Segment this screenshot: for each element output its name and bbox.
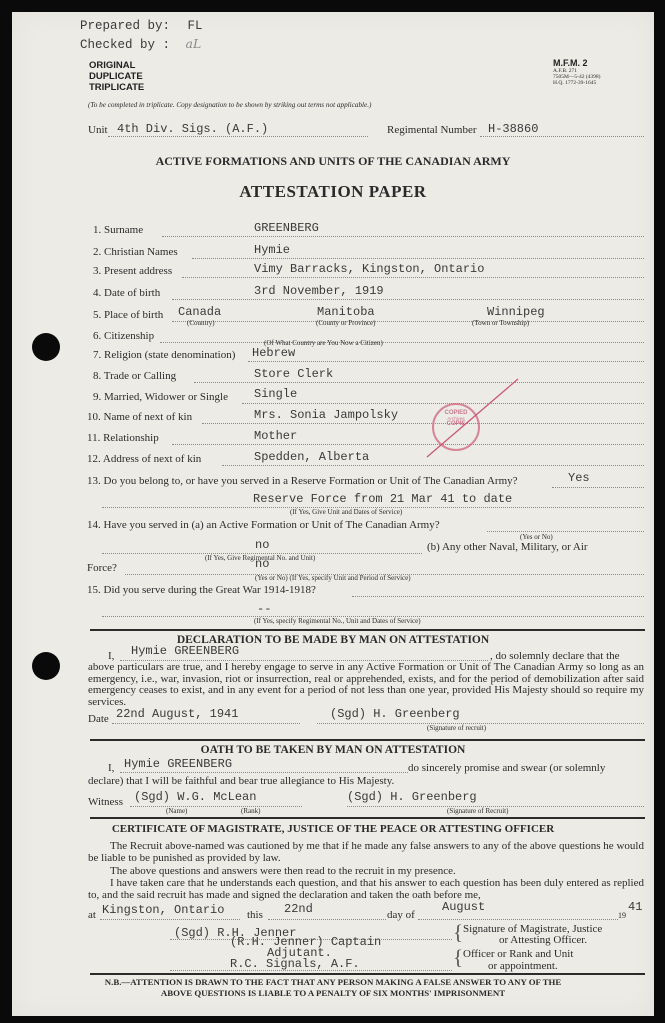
checked-by-value: aL (186, 36, 202, 51)
certificate-paragraph-3: I have taken care that he understands ea… (88, 878, 644, 901)
field-trade-value: Store Clerk (254, 367, 333, 381)
form-reference: M.F.M. 2 A.F.B. 271 7505M—5-42 (4398) H.… (553, 58, 601, 86)
q14b-force-label: Force? (87, 562, 117, 574)
form-ref-3: H.Q. 1772-39-1645 (553, 80, 601, 86)
field-6-line (160, 342, 644, 343)
field-11-label: 11. Relationship (87, 432, 159, 444)
q14b-caption: (Yes or No) (If Yes, specify Unit and Pe… (255, 574, 411, 582)
field-address-value: Vimy Barracks, Kingston, Ontario (254, 262, 484, 276)
prepared-by-value: FL (188, 19, 203, 33)
cert-day-line (268, 919, 386, 920)
q15-value: -- (257, 602, 271, 616)
cert-month-value: August (442, 900, 485, 914)
copy-triplicate: TRIPLICATE (89, 82, 144, 93)
field-marital-value: Single (254, 387, 297, 401)
regimental-number-value: H-38860 (488, 122, 538, 136)
field-8-label: 8. Trade or Calling (93, 370, 176, 382)
certificate-paragraph-2: The above questions and answers were the… (110, 865, 456, 877)
certificate-heading: CERTIFICATE OF MAGISTRATE, JUSTICE OF TH… (12, 823, 654, 835)
form-subtitle: ACTIVE FORMATIONS AND UNITS OF THE CANAD… (12, 154, 654, 169)
field-12-line (222, 465, 644, 466)
q15-line (352, 596, 644, 597)
oath-name-line (120, 772, 408, 773)
witness-name-caption: (Name) (166, 807, 187, 815)
sig-caption-2: or Attesting Officer. (499, 934, 587, 946)
field-11-line (172, 444, 644, 445)
officer-line-3: R.C. Signals, A.F. (230, 959, 360, 970)
field-3-line (182, 277, 644, 278)
field-7-line (248, 361, 644, 362)
q13-label: 13. Do you belong to, or have you served… (87, 475, 518, 487)
q13-value: Yes (568, 471, 590, 485)
q14a-value: no (255, 538, 269, 552)
witness-rank-caption: (Rank) (241, 807, 260, 815)
declaration-signature-value: (Sgd) H. Greenberg (330, 707, 460, 721)
q13-line (552, 487, 644, 488)
oath-name: Hymie GREENBERG (124, 757, 232, 771)
sig-brace-1: { (453, 922, 463, 943)
regimental-number-label: Regimental Number (387, 124, 477, 136)
field-1-label: 1. Surname (93, 224, 143, 236)
field-3-label: 3. Present address (93, 265, 172, 277)
unit-label: Unit (88, 124, 108, 136)
declaration-signature-caption: (Signature of recruit) (427, 724, 486, 732)
footer-warning-2: ABOVE QUESTIONS IS LIABLE TO A PENALTY O… (12, 988, 654, 998)
recruit-signature-value: (Sgd) H. Greenberg (347, 790, 477, 804)
stamp-strike-line (422, 377, 522, 462)
form-title: ATTESTATION PAPER (12, 182, 654, 202)
cert-dayof-label: day of (387, 909, 415, 921)
checked-by: Checked by : aL (80, 36, 201, 52)
cert-place-value: Kingston, Ontario (102, 903, 224, 917)
cert-year-prefix: 19 (618, 911, 626, 920)
field-next-of-kin-value: Mrs. Sonia Jampolsky (254, 408, 398, 422)
copy-duplicate: DUPLICATE (89, 71, 144, 82)
cert-year-value: 41 (628, 900, 642, 914)
field-religion-value: Hebrew (252, 346, 295, 360)
section-divider-1 (90, 629, 645, 631)
rank-caption-2: or appointment. (488, 960, 558, 972)
field-8-line (194, 382, 644, 383)
punch-hole-top (32, 333, 60, 361)
birth-country-value: Canada (178, 305, 221, 319)
oath-i: I, (108, 762, 114, 774)
cert-month-line (418, 919, 618, 920)
field-4-label: 4. Date of birth (93, 287, 160, 299)
unit-line (108, 136, 368, 137)
oath-tail: do sincerely promise and swear (or solem… (408, 762, 605, 774)
field-relationship-value: Mother (254, 429, 297, 443)
section-divider-4 (90, 973, 645, 975)
witness-value: (Sgd) W.G. McLean (134, 790, 256, 804)
attestation-paper: Prepared by: FL Checked by : aL ORIGINAL… (12, 12, 654, 1016)
punch-hole-bottom (32, 652, 60, 680)
copy-designations: ORIGINAL DUPLICATE TRIPLICATE (89, 60, 144, 93)
field-9-label: 9. Married, Widower or Single (93, 391, 228, 403)
field-christian-names-value: Hymie (254, 243, 290, 257)
certificate-paragraph-1: The Recruit above-named was cautioned by… (88, 841, 644, 864)
unit-value: 4th Div. Sigs. (A.F.) (117, 122, 268, 136)
declaration-heading: DECLARATION TO BE MADE BY MAN ON ATTESTA… (12, 634, 654, 646)
field-4-line (172, 299, 644, 300)
q15-label: 15. Did you serve during the Great War 1… (87, 584, 316, 596)
field-2-line (192, 258, 644, 259)
birth-province-caption: (County or Province) (316, 319, 376, 327)
field-6-label: 6. Citizenship (93, 330, 154, 342)
triplicate-note: (To be completed in triplicate. Copy des… (88, 101, 371, 109)
cert-day-value: 22nd (284, 902, 313, 916)
checked-by-label: Checked by : (80, 38, 170, 52)
section-divider-2 (90, 739, 645, 741)
birth-town-value: Winnipeg (487, 305, 545, 319)
declaration-date-label: Date (88, 713, 109, 725)
field-5-line (172, 321, 644, 322)
field-12-label: 12. Address of next of kin (87, 453, 201, 465)
regno-line (480, 136, 644, 137)
q13-caption: (If Yes, Give Unit and Dates of Service) (290, 508, 402, 516)
witness-line (130, 806, 302, 807)
q14b-label: (b) Any other Naval, Military, or Air (427, 541, 588, 553)
prepared-by: Prepared by: FL (80, 19, 203, 33)
q14-line (487, 531, 644, 532)
field-7-label: 7. Religion (state denomination) (93, 349, 235, 361)
officer-rank-line (170, 970, 452, 971)
field-1-line (162, 236, 644, 237)
witness-label: Witness (88, 796, 123, 808)
declaration-date-line (112, 723, 300, 724)
cert-at-label: at (88, 909, 96, 921)
cert-this-label: this (247, 909, 263, 921)
field-10-label: 10. Name of next of kin (87, 411, 192, 423)
recruit-signature-caption: (Signature of Recruit) (447, 807, 508, 815)
prepared-by-label: Prepared by: (80, 19, 170, 33)
birth-town-caption: (Town or Township) (472, 319, 529, 327)
form-code: M.F.M. 2 (553, 58, 601, 68)
cert-at-line (100, 919, 240, 920)
q13-detail-value: Reserve Force from 21 Mar 41 to date (253, 492, 512, 506)
rank-brace: { (453, 947, 463, 968)
oath-heading: OATH TO BE TAKEN BY MAN ON ATTESTATION (12, 744, 654, 756)
q15-caption: (If Yes, specify Regimental No., Unit an… (254, 617, 421, 625)
oath-body: declare) that I will be faithful and bea… (88, 775, 394, 787)
field-dob-value: 3rd November, 1919 (254, 284, 384, 298)
birth-province-value: Manitoba (317, 305, 375, 319)
field-surname-value: GREENBERG (254, 221, 319, 235)
declaration-body: above particulars are true, and I hereby… (88, 662, 644, 708)
birth-country-caption: (Country) (187, 319, 215, 327)
q14-yesno-caption: (Yes or No) (520, 533, 553, 541)
field-kin-address-value: Spedden, Alberta (254, 450, 369, 464)
field-5-label: 5. Place of birth (93, 309, 163, 321)
field-2-label: 2. Christian Names (93, 246, 178, 258)
declaration-name: Hymie GREENBERG (131, 644, 239, 658)
footer-warning-1: N.B.—ATTENTION IS DRAWN TO THE FACT THAT… (12, 977, 654, 987)
rank-caption-1: Officer or Rank and Unit (463, 948, 573, 960)
section-divider-3 (90, 817, 645, 819)
q14-label: 14. Have you served in (a) an Active For… (87, 519, 440, 531)
declaration-date-value: 22nd August, 1941 (116, 707, 238, 721)
q14b-value: no (255, 557, 269, 571)
copy-original: ORIGINAL (89, 60, 144, 71)
